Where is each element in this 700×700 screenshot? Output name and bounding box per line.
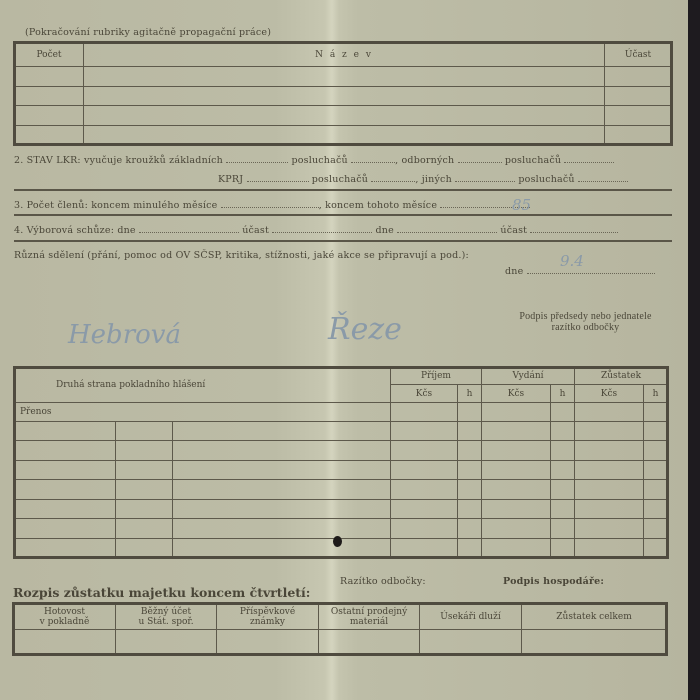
label: posluchačů xyxy=(518,174,574,185)
cell[interactable] xyxy=(173,460,391,479)
subcol-h: h xyxy=(644,385,668,403)
label: 2. STAV LKR: vyučuje kroužků základních xyxy=(14,155,223,166)
lkr-line-2: KPRJ posluchačů , jiných posluchačů xyxy=(218,173,628,185)
cell[interactable] xyxy=(551,480,575,499)
cell[interactable] xyxy=(116,480,173,499)
cell[interactable] xyxy=(391,460,458,479)
cash-report-title: Druhá strana pokladního hlášení xyxy=(15,368,391,403)
label: dne xyxy=(375,225,393,236)
col-material: Ostatní prodejný materiál xyxy=(319,604,420,630)
cell[interactable] xyxy=(458,519,482,538)
field-listeners-2[interactable] xyxy=(564,154,614,163)
cell[interactable] xyxy=(551,460,575,479)
cell[interactable] xyxy=(522,630,667,655)
label: , koncem tohoto měsíce xyxy=(319,200,437,211)
cell[interactable] xyxy=(116,538,173,557)
field[interactable] xyxy=(578,173,628,182)
asset-summary-title: Rozpis zůstatku majetku koncem čtvrtletí… xyxy=(13,585,310,600)
cell[interactable] xyxy=(15,422,116,441)
field-listeners[interactable] xyxy=(351,154,395,163)
cell[interactable] xyxy=(482,403,551,422)
cell[interactable] xyxy=(644,460,668,479)
cell[interactable] xyxy=(575,422,644,441)
col-count: Počet xyxy=(15,43,84,67)
cell[interactable] xyxy=(458,538,482,557)
label: dne xyxy=(505,266,523,277)
cell[interactable] xyxy=(482,422,551,441)
cell[interactable] xyxy=(482,519,551,538)
subcol-h: h xyxy=(458,385,482,403)
cell[interactable] xyxy=(575,403,644,422)
cell[interactable] xyxy=(458,460,482,479)
cell[interactable] xyxy=(482,538,551,557)
cell[interactable] xyxy=(391,499,458,518)
cell[interactable] xyxy=(15,106,84,126)
misc-label: Různá sdělení (přání, pomoc od OV SČSP, … xyxy=(14,250,469,261)
cell[interactable] xyxy=(15,538,116,557)
field-date[interactable] xyxy=(527,265,655,274)
col-stamps: Příspěvkové známky xyxy=(217,604,319,630)
cell[interactable] xyxy=(391,403,458,422)
label: 4. Výborová schůze: dne xyxy=(14,225,136,236)
field-specialist[interactable] xyxy=(458,154,502,163)
field-date-2[interactable] xyxy=(397,224,497,233)
section-caption: (Pokračování rubriky agitačně propagační… xyxy=(25,27,271,38)
handwritten-signature-1: Hebrová xyxy=(68,320,181,350)
cell[interactable] xyxy=(15,499,116,518)
cell[interactable] xyxy=(458,441,482,460)
divider xyxy=(14,240,672,242)
cell[interactable] xyxy=(15,441,116,460)
asset-summary-table: Hotovost v pokladně Běžný účet u Stát. s… xyxy=(13,603,667,655)
cell[interactable] xyxy=(482,499,551,518)
cell[interactable] xyxy=(458,480,482,499)
cell[interactable] xyxy=(15,460,116,479)
cell[interactable] xyxy=(575,499,644,518)
subcol-kcs: Kčs xyxy=(575,385,644,403)
divider xyxy=(14,214,672,216)
cell[interactable] xyxy=(173,499,391,518)
cell[interactable] xyxy=(482,441,551,460)
cell[interactable] xyxy=(84,125,605,145)
cell[interactable] xyxy=(605,106,672,126)
field-kprj[interactable] xyxy=(247,173,309,182)
cell[interactable] xyxy=(551,538,575,557)
cell[interactable] xyxy=(173,480,391,499)
cell[interactable] xyxy=(116,460,173,479)
cell[interactable] xyxy=(551,441,575,460)
cell[interactable] xyxy=(482,460,551,479)
cell[interactable] xyxy=(644,480,668,499)
cell[interactable] xyxy=(551,499,575,518)
cell[interactable] xyxy=(482,480,551,499)
cell[interactable] xyxy=(15,67,84,87)
cell[interactable] xyxy=(575,480,644,499)
field-basic[interactable] xyxy=(226,154,288,163)
handwritten-member-count: 85 xyxy=(512,196,531,214)
carry-over-label: Přenos xyxy=(15,403,391,422)
cell[interactable] xyxy=(644,441,668,460)
cell[interactable] xyxy=(173,538,391,557)
cell[interactable] xyxy=(173,422,391,441)
cell[interactable] xyxy=(391,441,458,460)
cell[interactable] xyxy=(319,630,420,655)
col-total: Zůstatek celkem xyxy=(522,604,667,630)
cell[interactable] xyxy=(173,519,391,538)
cell[interactable] xyxy=(15,519,116,538)
cell[interactable] xyxy=(173,441,391,460)
cell[interactable] xyxy=(551,422,575,441)
label: posluchačů xyxy=(312,174,368,185)
members-line: 3. Počet členů: koncem minulého měsíce ,… xyxy=(14,199,530,211)
field[interactable] xyxy=(371,173,415,182)
subcol-kcs: Kčs xyxy=(482,385,551,403)
committee-line: 4. Výborová schůze: dne účast dne účast xyxy=(14,224,618,236)
field-attendance-2[interactable] xyxy=(530,224,618,233)
cell[interactable] xyxy=(575,538,644,557)
col-current-account: Běžný účet u Stát. spoř. xyxy=(116,604,217,630)
cell[interactable] xyxy=(644,519,668,538)
group-income: Příjem xyxy=(391,368,482,385)
label: , odborných xyxy=(395,155,454,166)
handwritten-signature-2: Řeze xyxy=(328,312,402,347)
cell[interactable] xyxy=(575,460,644,479)
cell[interactable] xyxy=(14,630,116,655)
col-attendance: Účast xyxy=(605,43,672,67)
cell[interactable] xyxy=(551,519,575,538)
group-balance: Zůstatek xyxy=(575,368,668,385)
label: Podpis předsedy nebo jednatele xyxy=(503,311,668,322)
label: účast xyxy=(500,225,527,236)
cell[interactable] xyxy=(605,86,672,106)
cell[interactable] xyxy=(116,630,217,655)
cell[interactable] xyxy=(644,422,668,441)
cell[interactable] xyxy=(391,422,458,441)
cell[interactable] xyxy=(15,86,84,106)
label: , jiných xyxy=(415,174,452,185)
cell[interactable] xyxy=(605,125,672,145)
cell[interactable] xyxy=(644,499,668,518)
cell[interactable] xyxy=(116,499,173,518)
label: účast xyxy=(242,225,269,236)
field-attendance-1[interactable] xyxy=(272,224,372,233)
cell[interactable] xyxy=(84,106,605,126)
col-name: N á z e v xyxy=(84,43,605,67)
cell[interactable] xyxy=(391,519,458,538)
field-prev-month[interactable] xyxy=(221,199,319,208)
cell[interactable] xyxy=(391,480,458,499)
col-debts: Úsekáři dluží xyxy=(420,604,522,630)
signature-block: Podpis předsedy nebo jednatele razítko o… xyxy=(503,311,668,333)
cell[interactable] xyxy=(458,422,482,441)
group-expense: Vydání xyxy=(482,368,575,385)
cell[interactable] xyxy=(15,480,116,499)
label: 3. Počet členů: koncem minulého měsíce xyxy=(14,200,217,211)
cell[interactable] xyxy=(116,441,173,460)
field-date-1[interactable] xyxy=(139,224,239,233)
handwritten-date: 9.4 xyxy=(560,252,584,270)
cell[interactable] xyxy=(575,519,644,538)
subcol-h: h xyxy=(551,385,575,403)
agitation-table: Počet N á z e v Účast xyxy=(14,42,672,145)
label: razítko odbočky xyxy=(503,322,668,333)
cell[interactable] xyxy=(605,67,672,87)
label: posluchačů xyxy=(291,155,347,166)
cell[interactable] xyxy=(15,125,84,145)
label: posluchačů xyxy=(505,155,561,166)
lkr-line-1: 2. STAV LKR: vyučuje kroužků základních … xyxy=(14,154,614,166)
cell[interactable] xyxy=(217,630,319,655)
subcol-kcs: Kčs xyxy=(391,385,458,403)
divider xyxy=(14,189,672,191)
cell[interactable] xyxy=(644,538,668,557)
label: KPRJ xyxy=(218,174,243,185)
treasurer-signature-label: Podpis hospodáře: xyxy=(503,576,604,587)
ink-spot xyxy=(333,536,342,547)
stamp-label: Razítko odbočky: xyxy=(340,576,426,587)
cell[interactable] xyxy=(84,67,605,87)
cash-report-table: Druhá strana pokladního hlášení Příjem V… xyxy=(14,367,668,558)
cell[interactable] xyxy=(644,403,668,422)
col-cash: Hotovost v pokladně xyxy=(14,604,116,630)
cell[interactable] xyxy=(575,441,644,460)
cell[interactable] xyxy=(458,499,482,518)
cell[interactable] xyxy=(116,422,173,441)
cell[interactable] xyxy=(551,403,575,422)
cell[interactable] xyxy=(116,519,173,538)
cell[interactable] xyxy=(391,538,458,557)
cell[interactable] xyxy=(458,403,482,422)
cell[interactable] xyxy=(420,630,522,655)
document-page: (Pokračování rubriky agitačně propagační… xyxy=(0,0,688,700)
cell[interactable] xyxy=(84,86,605,106)
field-other[interactable] xyxy=(455,173,515,182)
